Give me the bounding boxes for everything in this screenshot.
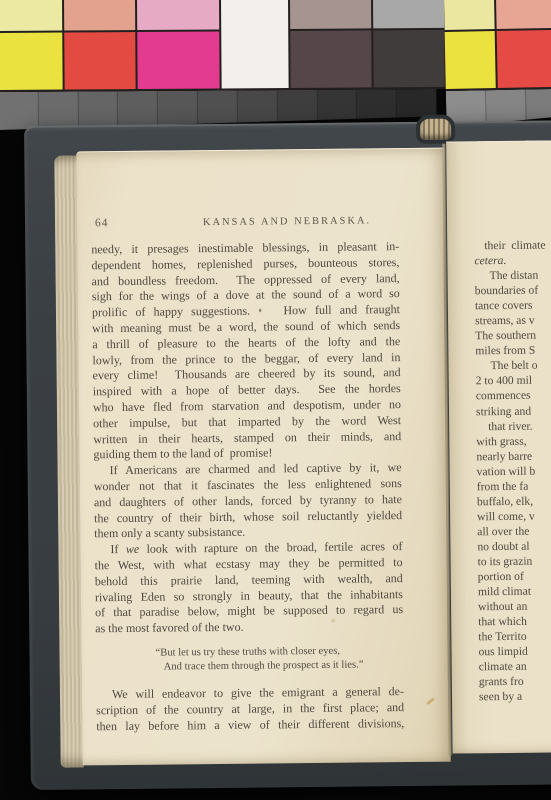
text-line-clipped: ous limpid xyxy=(478,643,551,659)
grayscale-step xyxy=(0,92,39,130)
text-line-clipped: their climate xyxy=(474,237,551,253)
text-line-clipped: to its grazin xyxy=(478,553,551,569)
color-patch xyxy=(290,0,371,29)
text-line: of that paradise below, might be suppose… xyxy=(95,602,403,621)
color-calibration-card-left xyxy=(0,0,447,130)
text-line-clipped: nearly barre xyxy=(476,448,551,464)
color-patch-column xyxy=(290,0,372,88)
text-line-clipped: The southern xyxy=(475,327,551,343)
text-line-clipped: grants fro xyxy=(479,673,551,689)
color-patch-grid xyxy=(0,0,447,92)
page-header: 64 KANSAS AND NEBRASKA. xyxy=(91,214,399,233)
text-line-clipped: no doubt al xyxy=(477,538,551,554)
text-line-clipped: streams, as v xyxy=(475,312,551,328)
left-page: 64 KANSAS AND NEBRASKA. needy, it presag… xyxy=(76,148,450,766)
color-patch xyxy=(290,30,371,88)
color-patch-column xyxy=(64,0,136,90)
text-line-clipped: miles from S xyxy=(475,342,551,358)
text-line-clipped: that which xyxy=(478,613,551,629)
right-page-body-text: their climatecetera.The distanboundaries… xyxy=(474,237,551,705)
text-line: And trace them through the prospect as i… xyxy=(96,658,404,675)
color-patch xyxy=(137,0,219,30)
text-line-clipped: boundaries of xyxy=(475,282,551,298)
text-line: then lay before him a view of their diff… xyxy=(96,716,404,735)
text-line-clipped: cetera. xyxy=(474,252,551,268)
grayscale-step xyxy=(38,91,78,129)
text-line-clipped: The belt o xyxy=(475,358,551,374)
text-line-clipped: tance covers xyxy=(475,297,551,313)
running-head: KANSAS AND NEBRASKA. xyxy=(203,215,371,228)
color-patch xyxy=(445,31,496,89)
color-patch-column xyxy=(137,0,220,89)
grayscale-step xyxy=(78,91,118,129)
foxing-speck xyxy=(331,619,335,623)
color-patch xyxy=(0,33,63,90)
text-line-clipped: buffalo, elk, xyxy=(477,493,551,509)
grayscale-step xyxy=(158,91,198,129)
text-line-clipped: seen by a xyxy=(479,689,551,705)
color-patch-column xyxy=(221,0,289,88)
color-patch xyxy=(496,0,551,29)
scanned-book-photograph: { "palette": { "background": "#060606", … xyxy=(0,0,551,800)
printers-mark: ♦ xyxy=(258,307,267,315)
color-patch xyxy=(497,30,551,88)
color-patch-column xyxy=(444,0,496,89)
text-line-clipped: will come, v xyxy=(477,508,551,524)
color-patch-column xyxy=(373,0,445,87)
text-line-clipped: without an xyxy=(478,598,551,614)
color-patch xyxy=(221,0,289,88)
text-line-clipped: The distan xyxy=(475,267,551,283)
text-line-clipped: the Territo xyxy=(478,628,551,644)
color-patch-grid xyxy=(444,0,551,91)
color-patch xyxy=(373,30,444,87)
color-patch-column xyxy=(0,0,63,90)
color-patch xyxy=(64,0,135,31)
text-line-clipped: from the fa xyxy=(477,478,551,494)
right-page: their climatecetera.The distanboundaries… xyxy=(446,140,551,753)
color-calibration-card-right xyxy=(444,0,551,127)
text-line-clipped: 2 to 400 mil xyxy=(476,373,551,389)
text-line-clipped: that river. xyxy=(476,418,551,434)
spine-headband xyxy=(420,119,451,140)
color-patch-column xyxy=(496,0,551,88)
text-line-clipped: climate an xyxy=(479,658,551,674)
text-line-clipped: vation will b xyxy=(477,463,551,479)
text-line-clipped: commences xyxy=(476,388,551,404)
color-patch xyxy=(64,32,135,89)
text-line-clipped: portion of xyxy=(478,568,551,584)
left-page-body-text: needy, it presages inestimable blessings… xyxy=(91,239,404,735)
open-book: 64 KANSAS AND NEBRASKA. needy, it presag… xyxy=(24,120,551,790)
text-line-clipped: all over the xyxy=(477,523,551,539)
text-line: as the most favored of the two. xyxy=(95,618,403,637)
text-line-clipped: striking and xyxy=(476,403,551,419)
color-patch xyxy=(0,0,62,31)
page-number: 64 xyxy=(95,217,109,229)
text-line-clipped: mild climat xyxy=(478,583,551,599)
foxing-speck xyxy=(426,697,435,705)
text-line-clipped: with grass, xyxy=(476,433,551,449)
color-patch xyxy=(444,0,495,30)
grayscale-step xyxy=(118,91,158,129)
color-patch xyxy=(373,0,444,28)
color-patch xyxy=(137,31,219,89)
